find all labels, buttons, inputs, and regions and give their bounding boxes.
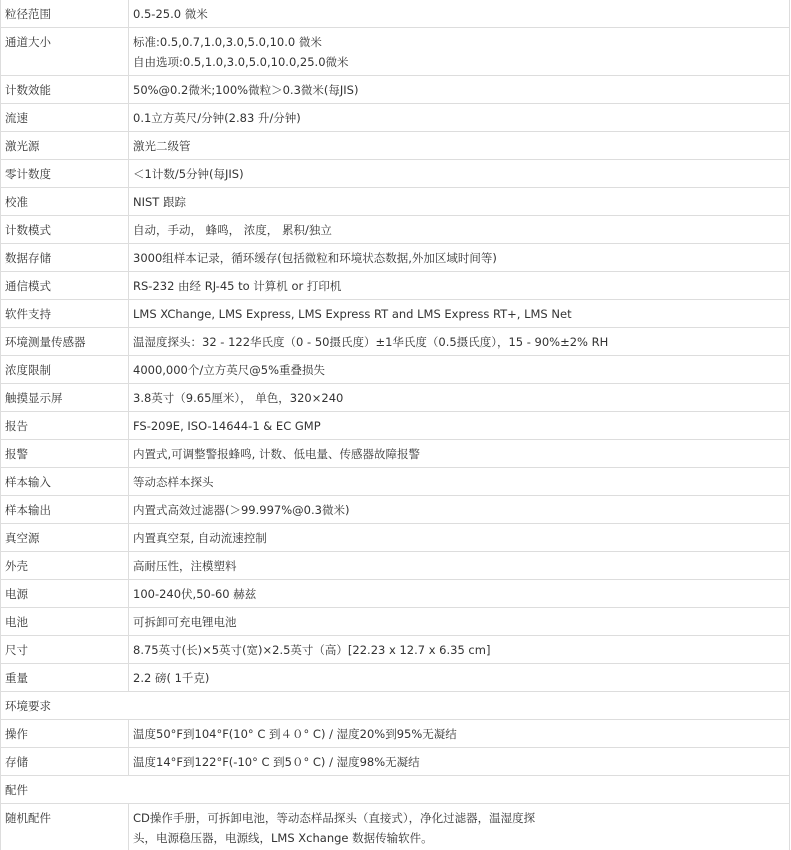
row-value: LMS XChange, LMS Express, LMS Express RT… [129, 300, 790, 328]
row-value: RS-232 由经 RJ-45 to 计算机 or 打印机 [129, 272, 790, 300]
row-value: 自动，手动， 蜂鸣， 浓度， 累积/独立 [129, 216, 790, 244]
row-label: 重量 [1, 664, 129, 692]
section-header-row: 配件 [1, 776, 790, 804]
row-label: 存储 [1, 748, 129, 776]
row-value: 可拆卸可充电锂电池 [129, 608, 790, 636]
row-label: 触摸显示屏 [1, 384, 129, 412]
row-value: 高耐压性，注模塑料 [129, 552, 790, 580]
row-value: 100-240伏,50-60 赫兹 [129, 580, 790, 608]
row-label: 通道大小 [1, 28, 129, 76]
section-header-row: 环境要求 [1, 692, 790, 720]
table-row: 触摸显示屏 3.8英寸（9.65厘米）， 单色，320×240 [1, 384, 790, 412]
row-label: 粒径范围 [1, 0, 129, 28]
table-row: 存储 温度14°F到122°F(-10° C 到5０° C) / 湿度98%无凝… [1, 748, 790, 776]
table-row: 零计数度 ＜1计数/5分钟(每JIS) [1, 160, 790, 188]
row-value: 50%@0.2微米;100%微粒＞0.3微米(每JIS) [129, 76, 790, 104]
table-row: 尺寸 8.75英寸(长)×5英寸(宽)×2.5英寸（高）[22.23 x 12.… [1, 636, 790, 664]
row-label: 报告 [1, 412, 129, 440]
table-row: 软件支持 LMS XChange, LMS Express, LMS Expre… [1, 300, 790, 328]
table-row: 激光源 激光二级管 [1, 132, 790, 160]
row-label: 通信模式 [1, 272, 129, 300]
row-value: 8.75英寸(长)×5英寸(宽)×2.5英寸（高）[22.23 x 12.7 x… [129, 636, 790, 664]
row-label: 报警 [1, 440, 129, 468]
table-row: 数据存储 3000组样本记录，循环缓存(包括微粒和环境状态数据,外加区域时间等) [1, 244, 790, 272]
section-accessories-heading: 配件 [1, 776, 790, 804]
row-value: 温度50°F到104°F(10° C 到４０° C) / 湿度20%到95%无凝… [129, 720, 790, 748]
table-row: 校准 NIST 跟踪 [1, 188, 790, 216]
row-label: 浓度限制 [1, 356, 129, 384]
table-row: 计数效能 50%@0.2微米;100%微粒＞0.3微米(每JIS) [1, 76, 790, 104]
table-row: 随机配件 CD操作手册，可拆卸电池，等动态样品探头（直接式），净化过滤器，温湿度… [1, 804, 790, 850]
row-label: 计数模式 [1, 216, 129, 244]
row-value: CD操作手册，可拆卸电池，等动态样品探头（直接式），净化过滤器，温湿度探 头，电… [129, 804, 790, 850]
value-line: CD操作手册，可拆卸电池，等动态样品探头（直接式），净化过滤器，温湿度探 [133, 808, 783, 828]
row-label: 激光源 [1, 132, 129, 160]
row-label: 电源 [1, 580, 129, 608]
row-label: 零计数度 [1, 160, 129, 188]
table-row: 电池 可拆卸可充电锂电池 [1, 608, 790, 636]
row-value: 激光二级管 [129, 132, 790, 160]
table-row: 样本输出 内置式高效过滤器(＞99.997%@0.3微米) [1, 496, 790, 524]
row-label: 环境测量传感器 [1, 328, 129, 356]
row-label: 随机配件 [1, 804, 129, 850]
row-label: 样本输出 [1, 496, 129, 524]
row-value: ＜1计数/5分钟(每JIS) [129, 160, 790, 188]
row-value: FS-209E, ISO-14644-1 & EC GMP [129, 412, 790, 440]
value-line: 头，电源稳压器，电源线，LMS Xchange 数据传输软件。 [133, 828, 783, 848]
row-label: 操作 [1, 720, 129, 748]
table-row: 外壳 高耐压性，注模塑料 [1, 552, 790, 580]
row-label: 尺寸 [1, 636, 129, 664]
row-label: 软件支持 [1, 300, 129, 328]
row-value: 内置式,可调整警报蜂鸣, 计数、低电量、传感器故障报警 [129, 440, 790, 468]
row-value: 等动态样本探头 [129, 468, 790, 496]
table-row: 计数模式 自动，手动， 蜂鸣， 浓度， 累积/独立 [1, 216, 790, 244]
value-line: 自由选项:0.5,1.0,3.0,5.0,10.0,25.0微米 [133, 52, 783, 72]
table-row: 报警 内置式,可调整警报蜂鸣, 计数、低电量、传感器故障报警 [1, 440, 790, 468]
row-value: 标准:0.5,0.7,1.0,3.0,5.0,10.0 微米 自由选项:0.5,… [129, 28, 790, 76]
row-value: 3.8英寸（9.65厘米）， 单色，320×240 [129, 384, 790, 412]
row-label: 校准 [1, 188, 129, 216]
table-row: 报告 FS-209E, ISO-14644-1 & EC GMP [1, 412, 790, 440]
table-row: 粒径范围 0.5-25.0 微米 [1, 0, 790, 28]
table-row: 样本输入 等动态样本探头 [1, 468, 790, 496]
table-row: 电源 100-240伏,50-60 赫兹 [1, 580, 790, 608]
row-value: 2.2 磅( 1千克) [129, 664, 790, 692]
row-label: 真空源 [1, 524, 129, 552]
row-value: 0.5-25.0 微米 [129, 0, 790, 28]
row-value: 内置真空泵, 自动流速控制 [129, 524, 790, 552]
row-value: NIST 跟踪 [129, 188, 790, 216]
table-row: 通道大小 标准:0.5,0.7,1.0,3.0,5.0,10.0 微米 自由选项… [1, 28, 790, 76]
table-row: 重量 2.2 磅( 1千克) [1, 664, 790, 692]
row-label: 数据存储 [1, 244, 129, 272]
row-label: 计数效能 [1, 76, 129, 104]
row-value: 4000,000个/立方英尺@5%重叠损失 [129, 356, 790, 384]
table-row: 流速 0.1立方英尺/分钟(2.83 升/分钟) [1, 104, 790, 132]
row-label: 样本输入 [1, 468, 129, 496]
row-label: 电池 [1, 608, 129, 636]
table-row: 操作 温度50°F到104°F(10° C 到４０° C) / 湿度20%到95… [1, 720, 790, 748]
row-label: 流速 [1, 104, 129, 132]
section-environment-heading: 环境要求 [1, 692, 790, 720]
spec-table: 粒径范围 0.5-25.0 微米 通道大小 标准:0.5,0.7,1.0,3.0… [0, 0, 790, 850]
row-value: 内置式高效过滤器(＞99.997%@0.3微米) [129, 496, 790, 524]
row-value: 0.1立方英尺/分钟(2.83 升/分钟) [129, 104, 790, 132]
table-row: 环境测量传感器 温湿度探头：32 - 122华氏度（0 - 50摄氏度）±1华氏… [1, 328, 790, 356]
row-value: 温度14°F到122°F(-10° C 到5０° C) / 湿度98%无凝结 [129, 748, 790, 776]
row-label: 外壳 [1, 552, 129, 580]
value-line: 标准:0.5,0.7,1.0,3.0,5.0,10.0 微米 [133, 32, 783, 52]
table-row: 通信模式 RS-232 由经 RJ-45 to 计算机 or 打印机 [1, 272, 790, 300]
row-value: 温湿度探头：32 - 122华氏度（0 - 50摄氏度）±1华氏度（0.5摄氏度… [129, 328, 790, 356]
row-value: 3000组样本记录，循环缓存(包括微粒和环境状态数据,外加区域时间等) [129, 244, 790, 272]
table-row: 真空源 内置真空泵, 自动流速控制 [1, 524, 790, 552]
table-row: 浓度限制 4000,000个/立方英尺@5%重叠损失 [1, 356, 790, 384]
